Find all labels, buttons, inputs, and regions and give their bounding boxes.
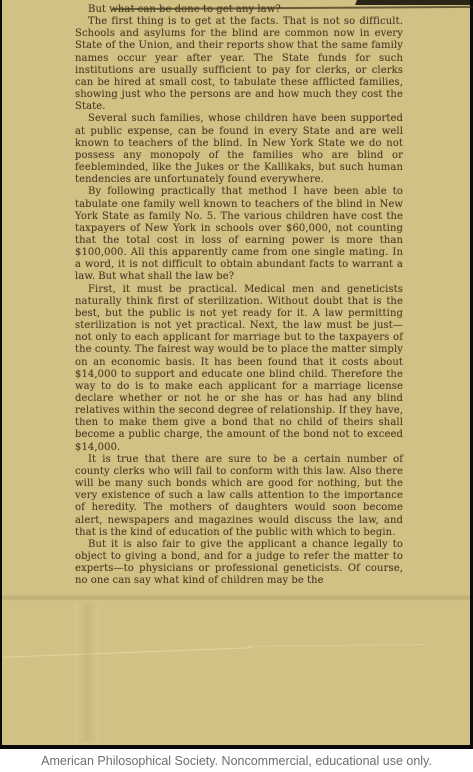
attribution-text: American Philosophical Society. Noncomme… [41,754,432,768]
paper-fold-shadow [2,594,470,602]
paragraph: But it is also fair to give the applican… [75,539,403,588]
paper-crease-line [2,647,252,658]
scanned-page-photo: But what can be done to get any law? The… [0,0,473,749]
paper-crease-line [247,644,427,647]
document-text-block: But what can be done to get any law? The… [75,4,403,588]
paper-sheet: But what can be done to get any law? The… [2,0,470,745]
paragraph: Several such families, whose children ha… [75,113,403,186]
paragraph: The first thing is to get at the facts. … [75,16,403,113]
paragraph: By following practically that method I h… [75,186,403,283]
paragraph: But what can be done to get any law? [75,4,403,16]
attribution-bar: American Philosophical Society. Noncomme… [0,749,473,772]
paragraph: First, it must be practical. Medical men… [75,284,403,454]
paper-crease-band [74,602,100,742]
paragraph: It is true that there are sure to be a c… [75,454,403,539]
